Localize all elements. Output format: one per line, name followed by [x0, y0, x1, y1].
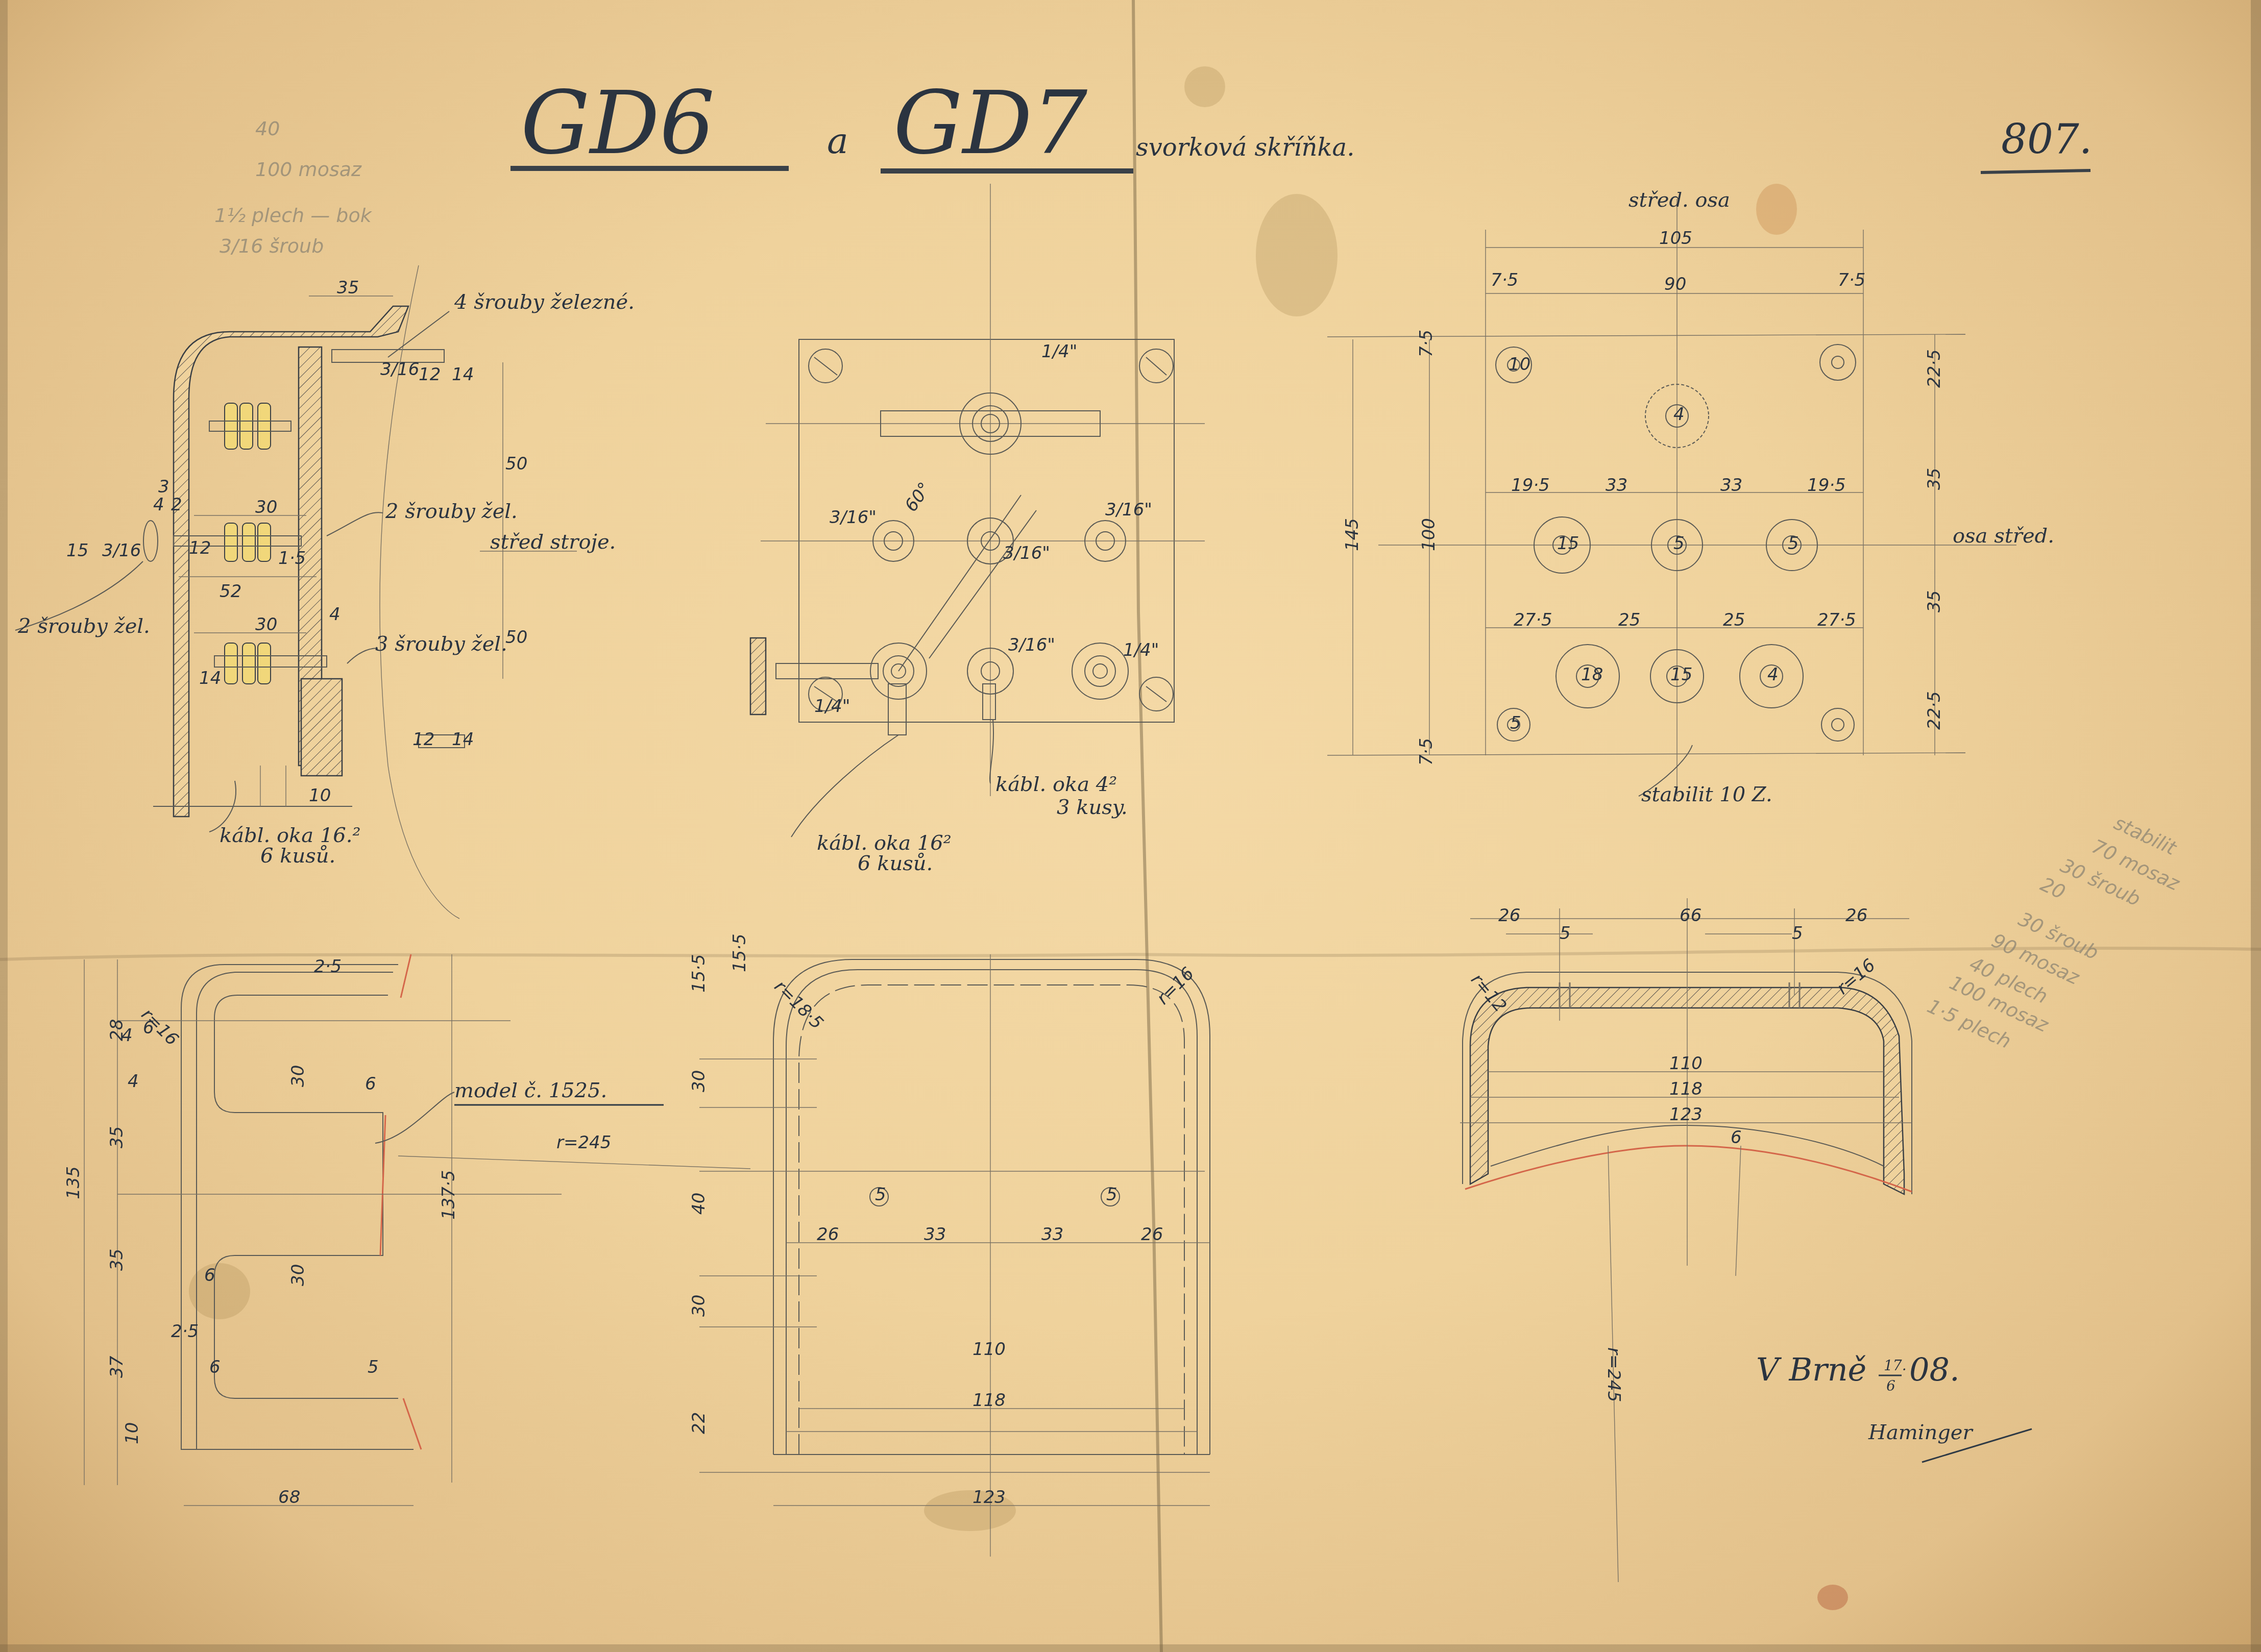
axis-label-top: střed. osa — [1628, 188, 1730, 212]
svg-text:5: 5 — [1510, 713, 1521, 733]
title-block: GD6 a GD7 svorková skříňka. 807. — [510, 73, 2092, 174]
svg-text:4: 4 — [1767, 664, 1779, 685]
svg-text:7·5: 7·5 — [1416, 738, 1437, 766]
svg-text:14: 14 — [199, 668, 221, 688]
svg-text:1/4": 1/4" — [1123, 640, 1159, 660]
note-3-screws: 3 šrouby žel. — [375, 632, 507, 656]
svg-text:7·5: 7·5 — [1416, 330, 1437, 357]
svg-text:22·5: 22·5 — [1924, 349, 1944, 388]
svg-text:19·5: 19·5 — [1807, 475, 1846, 496]
svg-text:12: 12 — [189, 538, 211, 558]
svg-text:35: 35 — [107, 1249, 127, 1271]
svg-text:118: 118 — [1669, 1079, 1703, 1099]
svg-text:110: 110 — [973, 1339, 1006, 1360]
svg-text:14: 14 — [452, 364, 474, 385]
svg-text:40: 40 — [255, 117, 280, 140]
svg-text:5: 5 — [1673, 533, 1685, 554]
svg-text:15·5: 15·5 — [689, 954, 709, 993]
svg-text:100 mosaz: 100 mosaz — [255, 158, 362, 181]
svg-text:5: 5 — [875, 1185, 886, 1205]
svg-text:6: 6 — [204, 1265, 215, 1286]
svg-text:137·5: 137·5 — [439, 1170, 459, 1220]
note-lug-16-qty: 6 kusů. — [858, 852, 933, 875]
svg-text:30: 30 — [288, 1264, 308, 1286]
svg-text:50: 50 — [505, 627, 527, 648]
svg-text:3: 3 — [158, 477, 169, 497]
svg-text:6: 6 — [1731, 1127, 1742, 1148]
svg-text:35: 35 — [107, 1126, 127, 1148]
svg-text:3/16": 3/16" — [1008, 635, 1055, 655]
date-day: 17. — [1884, 1357, 1907, 1374]
note-lug-4-qty: 3 kusy. — [1057, 796, 1128, 819]
svg-text:145: 145 — [1342, 518, 1363, 551]
svg-text:1/4": 1/4" — [1041, 341, 1077, 362]
svg-text:19·5: 19·5 — [1511, 475, 1550, 496]
svg-text:2·5: 2·5 — [314, 956, 342, 977]
svg-text:37: 37 — [107, 1355, 127, 1378]
svg-text:27·5: 27·5 — [1817, 610, 1856, 630]
svg-text:26: 26 — [1498, 905, 1520, 926]
corner-screws — [809, 349, 1173, 711]
svg-text:60°: 60° — [901, 479, 935, 515]
svg-text:22·5: 22·5 — [1924, 691, 1944, 730]
svg-text:33: 33 — [1720, 475, 1742, 496]
svg-text:3/16: 3/16 — [380, 359, 419, 380]
svg-text:30: 30 — [689, 1295, 709, 1317]
svg-text:6: 6 — [143, 1018, 154, 1038]
svg-text:5: 5 — [368, 1357, 379, 1377]
svg-text:18: 18 — [1581, 664, 1603, 685]
svg-text:7·5: 7·5 — [1491, 270, 1518, 290]
svg-text:15: 15 — [1557, 533, 1579, 554]
svg-text:4: 4 — [128, 1071, 139, 1092]
date-month: 6 — [1886, 1377, 1895, 1394]
note-4-screws: 4 šrouby železné. — [454, 290, 635, 314]
svg-text:10: 10 — [122, 1422, 142, 1444]
svg-text:15: 15 — [1670, 664, 1692, 685]
svg-text:100: 100 — [1419, 518, 1439, 551]
svg-text:33: 33 — [924, 1224, 946, 1245]
title-gd7: GD7 — [893, 73, 1087, 174]
svg-text:15: 15 — [66, 540, 88, 561]
svg-text:12: 12 — [412, 729, 434, 750]
svg-text:30: 30 — [255, 497, 277, 517]
svg-text:6: 6 — [209, 1357, 221, 1377]
svg-text:40: 40 — [689, 1193, 709, 1215]
section-view: 35 3/16 12 14 50 50 30 30 52 1·5 4 3 4 2… — [15, 265, 635, 919]
nut-stack-middle — [143, 521, 301, 561]
svg-text:35: 35 — [1924, 590, 1944, 612]
svg-text:1·5: 1·5 — [278, 548, 306, 569]
nut-stack-top — [209, 403, 291, 449]
engineering-drawing-sheet: GD6 a GD7 svorková skříňka. 807. 40 100 … — [0, 0, 2261, 1652]
svg-text:7·5: 7·5 — [1838, 270, 1865, 290]
front-view: 15·5 30 40 30 22 15·5 r=18·5 r=16 5 5 26… — [689, 933, 1210, 1557]
title-subtitle: svorková skříňka. — [1136, 133, 1354, 162]
place: V Brně — [1756, 1351, 1866, 1388]
sheet-number: 807. — [2001, 115, 2092, 163]
note-2-screws-left: 2 šrouby žel. — [17, 614, 150, 638]
svg-text:14: 14 — [452, 729, 474, 750]
svg-text:r=245: r=245 — [556, 1132, 611, 1153]
svg-text:52: 52 — [220, 581, 241, 602]
side-profile-view: 2·5 r=16 6 30 4 4 6 137·5 6 30 6 5 2·5 2… — [63, 954, 750, 1508]
svg-text:4: 4 — [329, 604, 341, 625]
svg-text:35: 35 — [1924, 468, 1944, 490]
svg-text:68: 68 — [278, 1487, 300, 1508]
svg-text:r=245: r=245 — [1603, 1347, 1624, 1402]
svg-text:3/16: 3/16 — [102, 540, 141, 561]
svg-text:90: 90 — [1664, 274, 1686, 294]
axis-label-right: osa střed. — [1953, 524, 2054, 548]
svg-text:2: 2 — [171, 495, 182, 515]
svg-text:4: 4 — [153, 495, 164, 515]
svg-text:30: 30 — [255, 614, 277, 635]
note-cable-lug-qty: 6 kusů. — [260, 844, 335, 868]
note-lug-4: kábl. oka 4² — [995, 773, 1117, 796]
svg-text:123: 123 — [973, 1487, 1006, 1508]
drawing-canvas: GD6 a GD7 svorková skříňka. 807. 40 100 … — [0, 0, 2261, 1652]
svg-text:135: 135 — [63, 1166, 84, 1199]
svg-text:105: 105 — [1659, 228, 1692, 249]
svg-text:5: 5 — [1788, 533, 1799, 554]
svg-text:10: 10 — [309, 785, 331, 806]
signature: Haminger — [1868, 1421, 1974, 1444]
svg-text:30: 30 — [288, 1065, 308, 1087]
svg-text:35: 35 — [337, 278, 359, 298]
svg-text:2·5: 2·5 — [171, 1321, 199, 1342]
base-plate-view: střed. osa osa střed. 105 90 7·5 7·5 145… — [1327, 188, 2054, 806]
svg-text:30: 30 — [689, 1070, 709, 1092]
cross-section-view: 26 66 26 5 5 r=12 r=16 110 118 123 6 r=2… — [1460, 898, 1912, 1582]
material-label: stabilit 10 Z. — [1641, 783, 1772, 806]
svg-text:33: 33 — [1606, 475, 1627, 496]
svg-text:26: 26 — [1845, 905, 1867, 926]
model-number: model č. 1525. — [454, 1079, 607, 1102]
svg-text:28: 28 — [107, 1019, 127, 1041]
signature-block: V Brně 17. 6 08. Haminger — [1756, 1351, 2032, 1462]
svg-text:3/16 šroub: 3/16 šroub — [220, 235, 324, 257]
svg-text:26: 26 — [817, 1224, 839, 1245]
svg-text:5: 5 — [1106, 1185, 1117, 1205]
title-conjunction: a — [827, 120, 848, 162]
svg-text:1/4": 1/4" — [814, 696, 850, 717]
svg-text:6: 6 — [365, 1074, 376, 1094]
title-gd6: GD6 — [521, 73, 715, 174]
svg-text:25: 25 — [1618, 610, 1640, 630]
svg-text:4: 4 — [1673, 404, 1685, 425]
svg-text:33: 33 — [1041, 1224, 1063, 1245]
note-2-screws: 2 šrouby žel. — [385, 500, 518, 523]
svg-text:5: 5 — [1792, 923, 1803, 944]
svg-text:26: 26 — [1141, 1224, 1163, 1245]
svg-text:25: 25 — [1723, 610, 1745, 630]
svg-text:118: 118 — [973, 1390, 1006, 1411]
svg-text:110: 110 — [1669, 1053, 1703, 1074]
svg-text:1½ plech — bok: 1½ plech — bok — [214, 204, 373, 227]
pencil-notes-right: stabilit 70 mosaz 30 šroub 20 30 šroub 9… — [1924, 773, 2196, 1090]
svg-text:27·5: 27·5 — [1514, 610, 1552, 630]
svg-text:12: 12 — [419, 364, 441, 385]
svg-text:15·5: 15·5 — [730, 933, 750, 972]
note-machine-center: střed stroje. — [490, 530, 616, 554]
svg-text:3/16": 3/16" — [1105, 500, 1152, 520]
svg-text:3/16": 3/16" — [1003, 543, 1050, 563]
svg-text:123: 123 — [1669, 1104, 1703, 1125]
svg-text:5: 5 — [1560, 923, 1571, 944]
svg-text:22: 22 — [689, 1412, 709, 1434]
pencil-notes-top-left: 40 100 mosaz 1½ plech — bok 3/16 šroub — [214, 117, 373, 257]
svg-text:66: 66 — [1680, 905, 1701, 926]
svg-text:10: 10 — [1509, 354, 1530, 375]
svg-text:3/16": 3/16" — [830, 507, 877, 528]
svg-text:50: 50 — [505, 454, 527, 474]
date-year: 08. — [1909, 1351, 1960, 1388]
